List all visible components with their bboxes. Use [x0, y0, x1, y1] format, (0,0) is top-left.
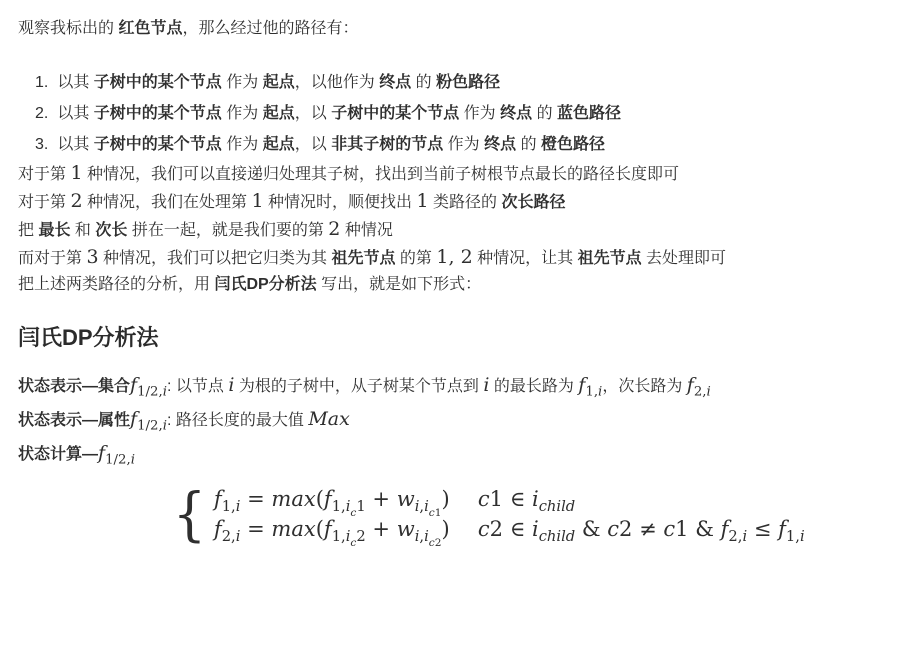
document-body: 观察我标出的 红色节点，那么经过他的路径有： 1.以其 子树中的某个节点 作为 …	[0, 0, 913, 544]
list-item-orange-path: 3.以其 子树中的某个节点 作为 起点，以 非其子树的节点 作为 终点 的 橙色…	[35, 129, 893, 160]
paragraph-case1: 对于第 1 种情况，我们可以直接递归处理其子树，找出到当前子树根节点最长的路径长…	[18, 160, 893, 188]
equation-f2: f2,i = max(f1,ic2 + wi,ic2)	[214, 514, 478, 544]
equation-f1: f1,i = max(f1,ic1 + wi,ic1)	[214, 484, 478, 514]
state-line-set: 状态表示—集合f1/2,i: 以节点 i 为根的子树中，从子树某个节点到 i 的…	[18, 369, 893, 403]
paragraph-case2: 对于第 2 种情况，我们在处理第 1 种情况时，顺便找出 1 类路径的 次长路径	[18, 188, 893, 216]
path-type-list: 1.以其 子树中的某个节点 作为 起点，以他作为 终点 的 粉色路径 2.以其 …	[18, 67, 893, 160]
list-marker-2: 2.	[35, 105, 48, 122]
list-item-pink-path: 1.以其 子树中的某个节点 作为 起点，以他作为 终点 的 粉色路径	[35, 67, 893, 98]
state-line-attribute: 状态表示—属性f1/2,i: 路径长度的最大值 Max	[18, 403, 893, 437]
list-item-text-1: 以其 子树中的某个节点 作为 起点，以他作为 终点 的 粉色路径	[57, 74, 500, 91]
condition-f1: c1 ∈ ichild	[478, 484, 805, 514]
paragraph-case3: 而对于第 3 种情况，我们可以把它归类为其 祖先节点 的第 1, 2 种情况，让…	[18, 244, 893, 272]
dp-equations: { f1,i = max(f1,ic1 + wi,ic1) c1 ∈ ichil…	[18, 484, 893, 544]
equation-rows: f1,i = max(f1,ic1 + wi,ic1) c1 ∈ ichild …	[214, 484, 805, 544]
intro-paragraph: 观察我标出的 红色节点，那么经过他的路径有：	[18, 16, 893, 42]
list-item-text-2: 以其 子树中的某个节点 作为 起点，以 子树中的某个节点 作为 终点 的 蓝色路…	[57, 105, 621, 122]
paragraph-yan-dp-intro: 把上述两类路径的分析，用 闫氏DP分析法 写出，就是如下形式：	[18, 272, 893, 298]
paragraph-join-longest: 把 最长 和 次长 拼在一起，就是我们要的第 2 种情况	[18, 216, 893, 244]
list-item-blue-path: 2.以其 子树中的某个节点 作为 起点，以 子树中的某个节点 作为 终点 的 蓝…	[35, 98, 893, 129]
condition-f2: c2 ∈ ichild & c2 ≠ c1 & f2,i ≤ f1,i	[478, 514, 805, 544]
list-marker-1: 1.	[35, 74, 48, 91]
section-heading-yan-dp: 闫氏DP分析法	[18, 324, 893, 352]
dp-state-block: 状态表示—集合f1/2,i: 以节点 i 为根的子树中，从子树某个节点到 i 的…	[18, 369, 893, 471]
state-line-calculation: 状态计算—f1/2,i	[18, 437, 893, 471]
list-item-text-3: 以其 子树中的某个节点 作为 起点，以 非其子树的节点 作为 终点 的 橙色路径	[57, 136, 605, 153]
list-marker-3: 3.	[35, 136, 48, 153]
